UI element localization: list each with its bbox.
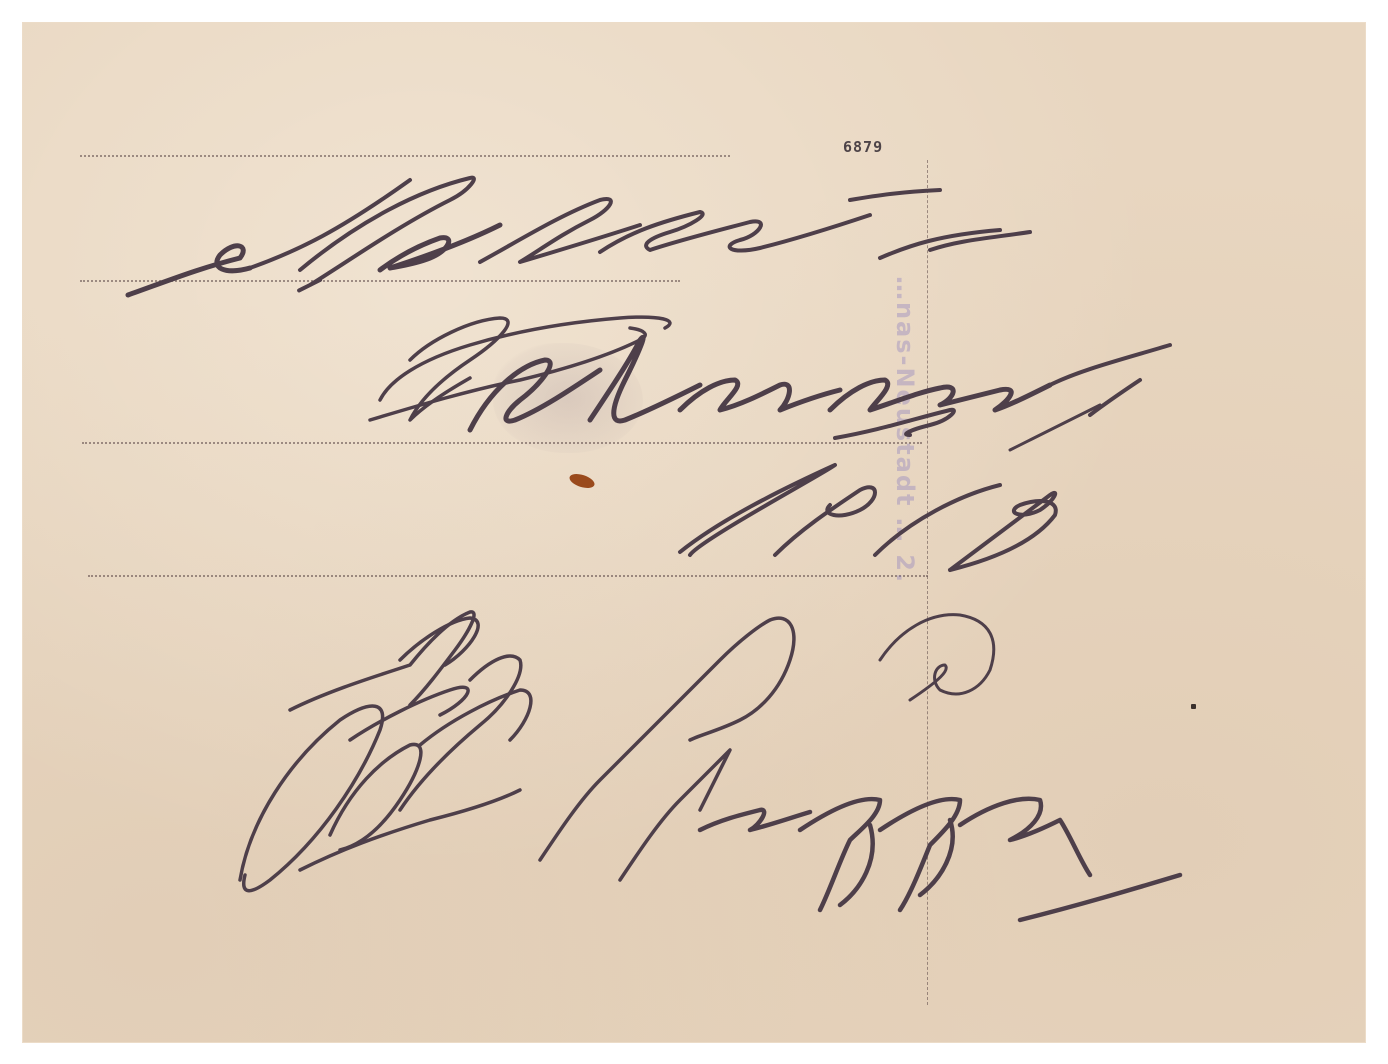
ink-dot: [1191, 704, 1196, 709]
address-line-2: [80, 280, 680, 282]
divider-line: [927, 160, 928, 1005]
water-stain: [493, 343, 643, 453]
address-line-1: [80, 155, 730, 157]
rust-spot: [568, 471, 596, 490]
address-line-3: [82, 442, 922, 444]
serial-number: 6879: [843, 138, 883, 156]
postcard-back: [23, 23, 1365, 1042]
publisher-stamp: …nas-Neustadt … 2.: [891, 276, 919, 584]
address-line-4: [88, 575, 928, 577]
